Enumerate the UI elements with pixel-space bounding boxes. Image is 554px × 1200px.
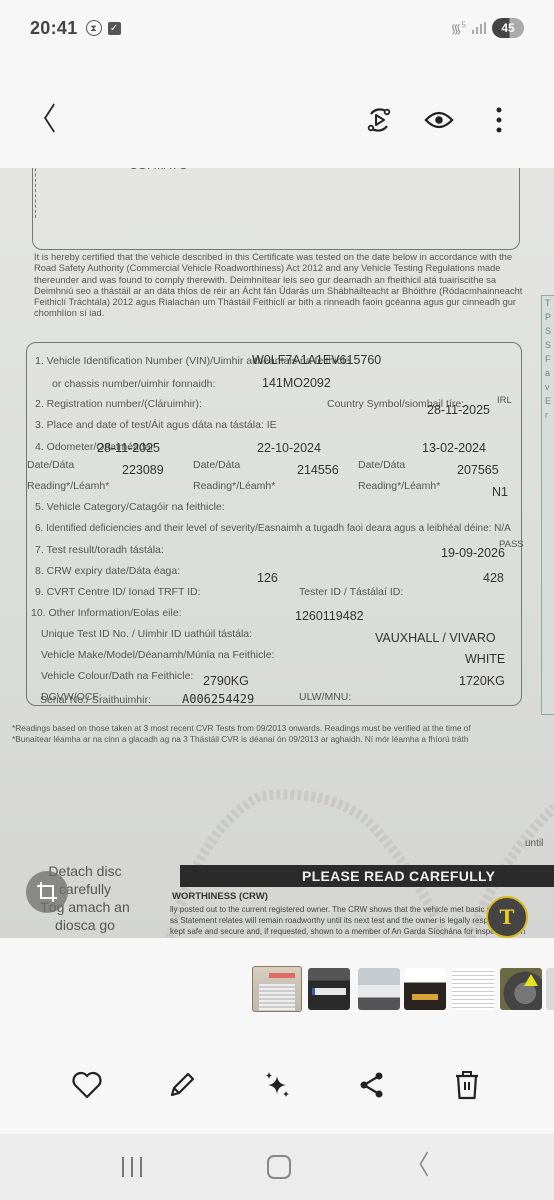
photo-viewer[interactable]: CO. MAYO It is hereby certified that the… [0, 168, 554, 938]
signal-icon [472, 22, 486, 34]
field-test-result: 7. Test result/toradh tástála: [35, 544, 164, 556]
wifi-icon: ᯾5 [450, 19, 466, 37]
hourglass-icon: ⧗ [86, 20, 102, 36]
home-icon[interactable] [267, 1155, 291, 1179]
nav-back-icon[interactable] [419, 1150, 429, 1185]
odometer-date-3: 13-02-2024 [422, 441, 486, 455]
thumbnail-social-post[interactable] [404, 968, 446, 1010]
odometer-date-label-2: Date/Dáta [193, 459, 240, 471]
odometer-reading-2: 214556 [297, 463, 339, 477]
field-category: 5. Vehicle Category/Catagóir na feithicl… [35, 501, 225, 513]
field-chassis: or chassis number/uimhir fonnaidh: [52, 378, 215, 390]
top-app-bar [0, 90, 554, 150]
field-registration: 2. Registration number/(Cláruimhir): [35, 398, 202, 410]
value-category: N1 [492, 485, 508, 499]
field-crw-expiry: 8. CRW expiry date/Dáta éaga: [35, 565, 180, 577]
thumbnail-van-number-plate[interactable] [308, 968, 350, 1010]
delete-trash-icon[interactable] [452, 1070, 482, 1100]
value-ulw: 1720KG [459, 674, 505, 688]
back-chevron-icon[interactable] [43, 102, 57, 139]
status-bar: 20:41 ⧗ ✓ ᯾5 45 [0, 0, 554, 56]
certification-text: It is hereby certified that the vehicle … [34, 252, 524, 320]
address-box: CO. MAYO [32, 168, 520, 250]
value-test-date: 28-11-2025 [427, 403, 490, 417]
battery-icon: 45 [492, 18, 524, 38]
thumbnail-text-post[interactable] [452, 968, 494, 1010]
value-make-model: VAUXHALL / VIVARO [375, 631, 496, 645]
value-tester-id: 428 [483, 571, 504, 585]
value-centre-id: 126 [257, 571, 278, 585]
text-extract-button[interactable]: T [486, 896, 528, 938]
value-dgvw: 2790KG [203, 674, 249, 688]
value-serial: A006254429 [182, 692, 254, 706]
crop-icon [35, 880, 59, 904]
eye-icon[interactable] [424, 105, 454, 135]
remaster-play-icon[interactable] [364, 105, 394, 135]
status-time: 20:41 [30, 18, 78, 39]
field-deficiencies: 6. Identified deficiencies and their lev… [35, 523, 511, 534]
footnote: *Readings based on those taken at 3 most… [12, 723, 471, 745]
thumbnail-white-van[interactable] [358, 968, 400, 1010]
field-colour: Vehicle Colour/Dath na Feithicle: [41, 670, 193, 682]
side-panel: TPSSFavEr [541, 295, 554, 715]
thumbnail-cvrt-certificate[interactable] [252, 966, 302, 1012]
thumbnail-partial[interactable] [546, 968, 554, 1010]
crw-title: WORTHINESS (CRW) [172, 891, 268, 902]
favorite-heart-icon[interactable] [72, 1070, 102, 1100]
ai-sparkle-icon[interactable] [262, 1070, 292, 1100]
value-crw-expiry: 19-09-2026 [441, 546, 505, 560]
system-nav-bar [0, 1134, 554, 1200]
odometer-date-2: 22-10-2024 [257, 441, 321, 455]
edit-pencil-icon[interactable] [167, 1070, 197, 1100]
field-ulw: ULW/MNU: [299, 691, 351, 703]
odometer-date-label-1: Date/Dáta [27, 459, 74, 471]
vehicle-details-box: 1. Vehicle Identification Number (VIN)/U… [26, 342, 522, 706]
field-unique-test-id: Unique Test ID No. / Uimhir ID uathúil t… [41, 628, 252, 640]
checkbox-icon: ✓ [108, 22, 121, 35]
odometer-reading-1: 223089 [122, 463, 164, 477]
value-colour: WHITE [465, 652, 505, 666]
filmstrip [0, 966, 554, 1012]
value-registration: 141MO2092 [262, 376, 331, 390]
odometer-reading-label-3: Reading*/Léamh* [358, 480, 440, 492]
field-tester-id: Tester ID / Tástálaí ID: [299, 586, 403, 598]
svg-text:until: until [525, 838, 543, 849]
thumbnail-yellow-object[interactable] [500, 968, 542, 1010]
county-text: CO. MAYO [129, 168, 188, 172]
more-vert-icon[interactable] [484, 105, 514, 135]
text-extract-icon: T [500, 905, 515, 929]
odometer-reading-3: 207565 [457, 463, 499, 477]
field-make-model: Vehicle Make/Model/Déanamh/Múnla na Feit… [41, 649, 274, 661]
read-carefully-banner: PLEASE READ CAREFULLY [180, 865, 554, 887]
odometer-reading-label-2: Reading*/Léamh* [193, 480, 275, 492]
field-centre-id: 9. CVRT Centre ID/ Ionad TRFT ID: [35, 586, 201, 598]
odometer-reading-label-1: Reading*/Léamh* [27, 480, 109, 492]
odometer-date-1: 28-11-2025 [97, 441, 160, 455]
field-place-date: 3. Place and date of test/Áit agus dáta … [35, 419, 277, 431]
share-icon[interactable] [357, 1070, 387, 1100]
value-unique-test-id: 1260119482 [295, 609, 364, 623]
perforation-mark [35, 168, 38, 218]
field-serial: Serial No./ Sraithuimhir: [40, 694, 151, 706]
gallery-viewer: 20:41 ⧗ ✓ ᯾5 45 [0, 0, 554, 1200]
value-vin: W0LF7A1A1EV615760 [252, 353, 381, 367]
crop-button[interactable] [26, 871, 68, 913]
field-other-info: 10. Other Information/Eolas eile: [31, 607, 182, 619]
odometer-date-label-3: Date/Dáta [358, 459, 405, 471]
crw-text: lly posted out to the current registered… [170, 904, 525, 937]
bottom-action-bar [0, 1060, 554, 1110]
value-country: IRL [497, 395, 512, 406]
recents-icon[interactable] [122, 1157, 142, 1177]
